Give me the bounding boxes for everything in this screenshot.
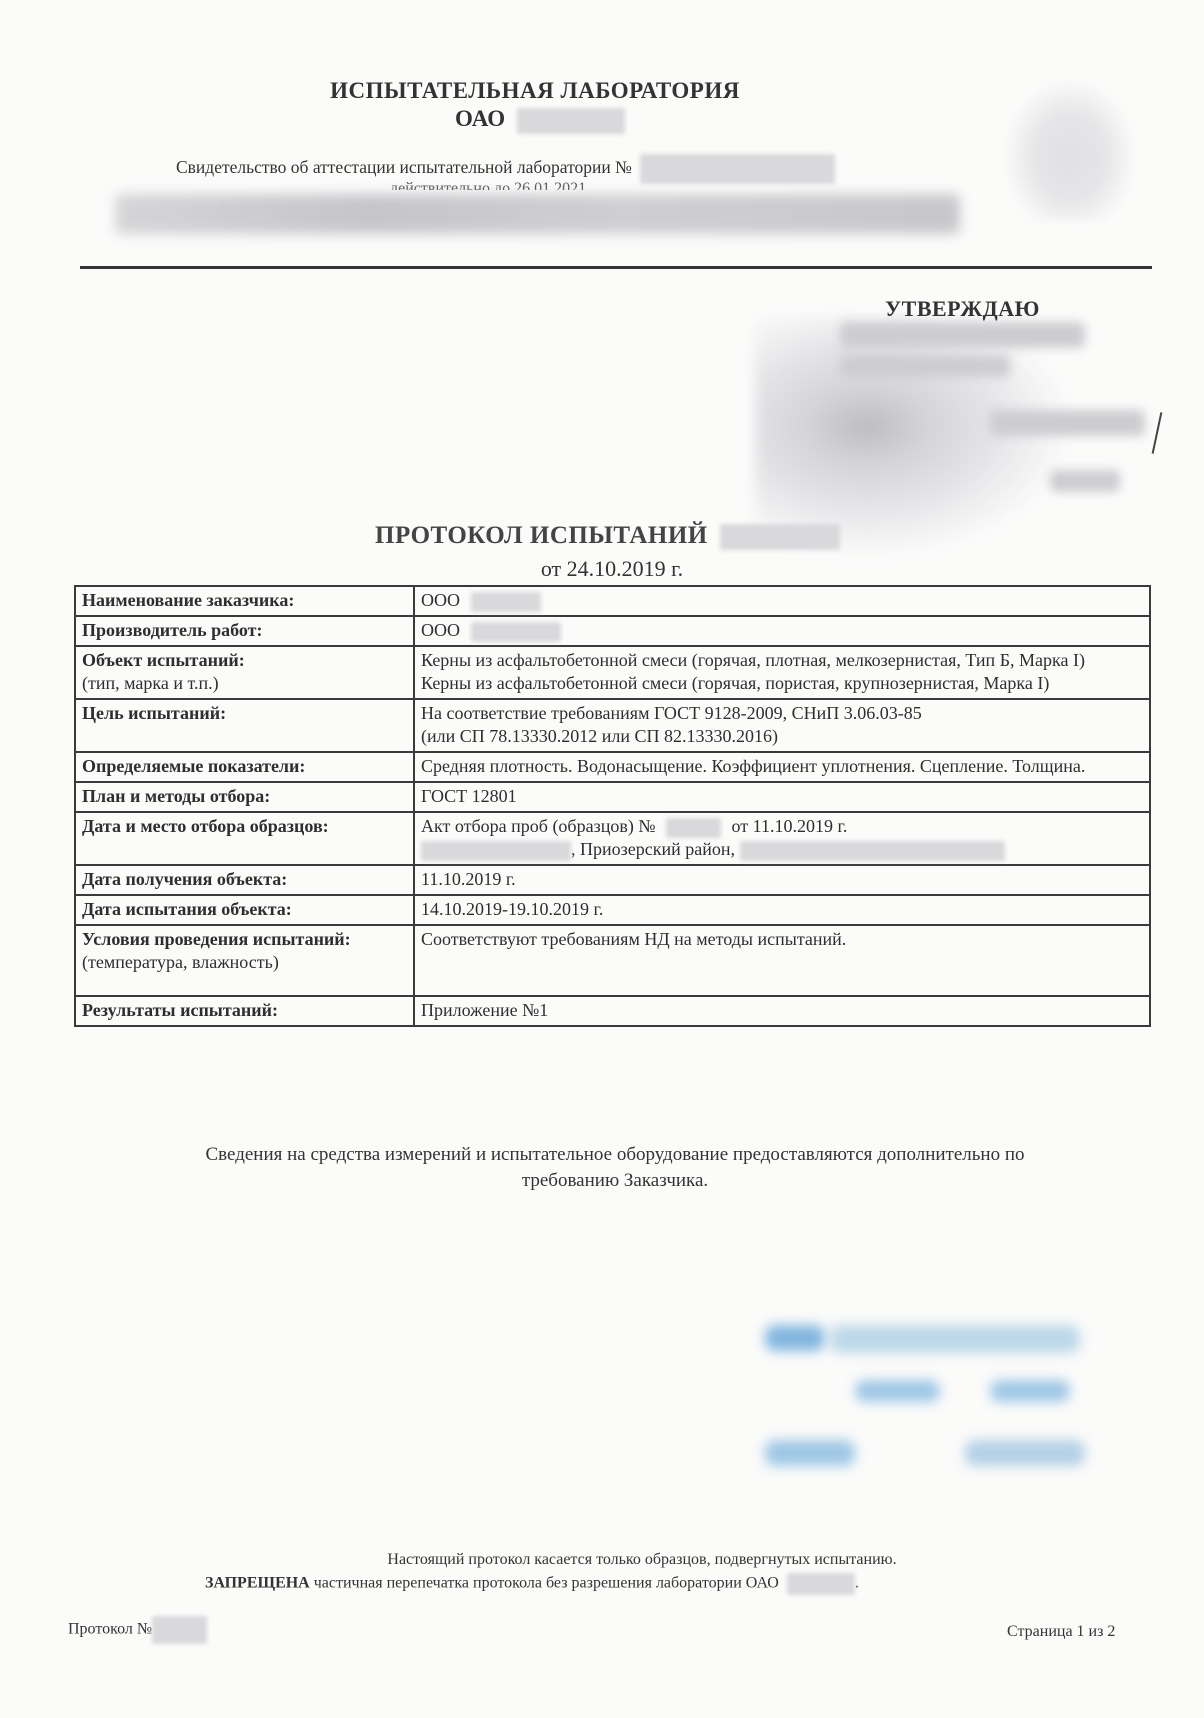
protocol-title: ПРОТОКОЛ ИСПЫТАНИЙ <box>375 522 840 550</box>
equipment-note: Сведения на средства измерений и испытат… <box>80 1142 1150 1194</box>
redacted-protocol-number <box>720 524 840 550</box>
table-row: Наименование заказчика: ООО <box>75 586 1150 616</box>
redacted-certificate-number <box>640 154 835 184</box>
prohibition-text: частичная перепечатка протокола без разр… <box>310 1575 779 1592</box>
redacted-signature-stamp <box>745 1310 1085 1490</box>
table-row: Объект испытаний: (тип, марка и т.п.) Ке… <box>75 646 1150 699</box>
sampling-act-date: от 11.10.2019 г. <box>732 816 848 836</box>
row-key: Дата испытания объекта: <box>75 895 414 925</box>
redacted-place-location <box>740 841 1005 861</box>
note-line-1: Сведения на средства измерений и испытат… <box>80 1142 1150 1168</box>
protocol-title-text: ПРОТОКОЛ ИСПЫТАНИЙ <box>375 522 708 549</box>
protocol-table: Наименование заказчика: ООО Производител… <box>74 585 1151 1027</box>
row-key: Объект испытаний: (тип, марка и т.п.) <box>75 646 414 699</box>
protocol-number-label: Протокол № <box>68 1621 152 1638</box>
footer-prohibition: ЗАПРЕЩЕНА частичная перепечатка протокол… <box>205 1573 859 1595</box>
sampling-place-district: , Приозерский район, <box>571 839 735 859</box>
prohibition-label: ЗАПРЕЩЕНА <box>205 1575 310 1592</box>
lab-title: ИСПЫТАТЕЛЬНАЯ ЛАБОРАТОРИЯ <box>0 78 1070 104</box>
sampling-act-line: Акт отбора проб (образцов) № от 11.10.20… <box>421 815 1143 838</box>
redacted-approver-name <box>990 410 1145 436</box>
table-row: Производитель работ: ООО <box>75 616 1150 646</box>
row-key: Определяемые показатели: <box>75 752 414 782</box>
note-line-2: требованию Заказчика. <box>80 1168 1150 1194</box>
redacted-approval-date <box>1050 470 1120 492</box>
redacted-place-region <box>421 841 571 861</box>
customer-prefix: ООО <box>421 590 460 610</box>
certificate-valid: действительно до 26.01.2021 <box>390 180 586 190</box>
object-line-1: Керны из асфальтобетонной смеси (горячая… <box>421 649 1143 672</box>
row-key-text: Условия проведения испытаний: <box>82 929 351 949</box>
row-key-text: Объект испытаний: <box>82 650 245 670</box>
contractor-prefix: ООО <box>421 620 460 640</box>
row-key-sub: (температура, влажность) <box>82 951 407 974</box>
table-row: Определяемые показатели: Средняя плотнос… <box>75 752 1150 782</box>
row-key: План и методы отбора: <box>75 782 414 812</box>
row-key: Производитель работ: <box>75 616 414 646</box>
table-row: Дата и место отбора образцов: Акт отбора… <box>75 812 1150 865</box>
row-value: Приложение №1 <box>414 996 1150 1026</box>
row-value: На соответствие требованиям ГОСТ 9128-20… <box>414 699 1150 752</box>
purpose-line-2: (или СП 78.13330.2012 или СП 82.13330.20… <box>421 725 1143 748</box>
row-value: ООО <box>414 616 1150 646</box>
redacted-contractor <box>471 622 561 642</box>
row-value: 11.10.2019 г. <box>414 865 1150 895</box>
redacted-org-name <box>517 108 625 134</box>
row-value: ГОСТ 12801 <box>414 782 1150 812</box>
redacted-lab-name <box>787 1573 855 1595</box>
purpose-line-1: На соответствие требованиям ГОСТ 9128-20… <box>421 702 1143 725</box>
header-divider <box>80 266 1152 269</box>
row-value: 14.10.2019-19.10.2019 г. <box>414 895 1150 925</box>
redacted-address-line <box>115 194 960 234</box>
row-key: Наименование заказчика: <box>75 586 414 616</box>
row-value: Акт отбора проб (образцов) № от 11.10.20… <box>414 812 1150 865</box>
sampling-place-line: , Приозерский район, <box>421 838 1143 861</box>
prohibition-end: . <box>855 1575 859 1592</box>
row-key: Дата и место отбора образцов: <box>75 812 414 865</box>
table-row: Дата испытания объекта: 14.10.2019-19.10… <box>75 895 1150 925</box>
lab-org: ОАО <box>455 106 625 134</box>
redacted-approver-line <box>840 355 1010 377</box>
redacted-customer <box>471 592 541 612</box>
row-value: ООО <box>414 586 1150 616</box>
row-key: Условия проведения испытаний: (температу… <box>75 925 414 996</box>
sampling-act-prefix: Акт отбора проб (образцов) № <box>421 816 656 836</box>
object-line-2: Керны из асфальтобетонной смеси (горячая… <box>421 672 1143 695</box>
row-key-sub: (тип, марка и т.п.) <box>82 672 407 695</box>
table-row: Дата получения объекта: 11.10.2019 г. <box>75 865 1150 895</box>
page-number: Страница 1 из 2 <box>1007 1623 1115 1641</box>
table-row: Цель испытаний: На соответствие требован… <box>75 699 1150 752</box>
redacted-approver-line <box>840 322 1085 348</box>
footer-disclaimer: Настоящий протокол касается только образ… <box>0 1551 1204 1569</box>
row-value: Соответствуют требованиям НД на методы и… <box>414 925 1150 996</box>
lab-org-prefix: ОАО <box>455 106 505 131</box>
protocol-date: от 24.10.2019 г. <box>0 556 1204 582</box>
row-key: Результаты испытаний: <box>75 996 414 1026</box>
signature-stroke <box>1152 412 1163 453</box>
table-row: Результаты испытаний: Приложение №1 <box>75 996 1150 1026</box>
row-value: Средняя плотность. Водонасыщение. Коэффи… <box>414 752 1150 782</box>
redacted-logo-stamp <box>1005 80 1135 220</box>
row-key: Цель испытаний: <box>75 699 414 752</box>
row-key: Дата получения объекта: <box>75 865 414 895</box>
protocol-number: Протокол № <box>68 1616 207 1644</box>
table-row: Условия проведения испытаний: (температу… <box>75 925 1150 996</box>
row-value: Керны из асфальтобетонной смеси (горячая… <box>414 646 1150 699</box>
redacted-act-number <box>666 818 721 838</box>
certificate-text: Свидетельство об аттестации испытательно… <box>176 157 632 177</box>
table-row: План и методы отбора: ГОСТ 12801 <box>75 782 1150 812</box>
redacted-protocol-no <box>152 1616 207 1644</box>
approval-label: УТВЕРЖДАЮ <box>885 296 1040 322</box>
